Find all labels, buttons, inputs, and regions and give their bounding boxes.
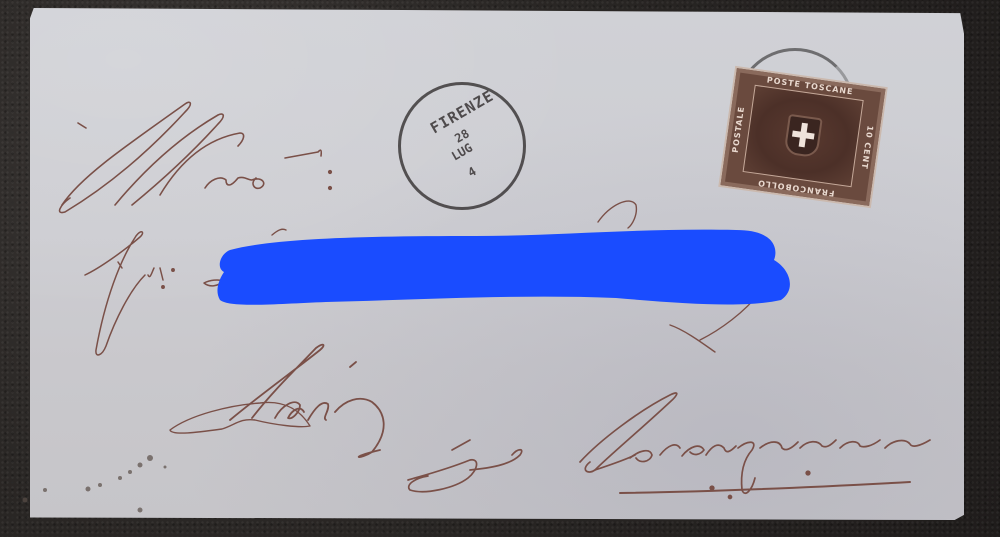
- handwriting-lari: [170, 345, 384, 457]
- savoy-cross-shield-icon: [784, 114, 823, 158]
- handwriting-lorenzana: [580, 393, 930, 499]
- handwriting-p: [408, 440, 522, 492]
- handwriting-illmo: [60, 102, 332, 212]
- redaction-mark: [216, 220, 796, 312]
- paper-stains: [23, 455, 167, 513]
- handwriting-sigi: [85, 232, 224, 355]
- postage-stamp: POSTE TOSCANE FRANCOBOLLO POSTALE 10 CEN…: [721, 68, 886, 206]
- postmark: FIRENZE 28 LUG 4: [398, 82, 526, 210]
- stamp-vignette: [743, 85, 864, 187]
